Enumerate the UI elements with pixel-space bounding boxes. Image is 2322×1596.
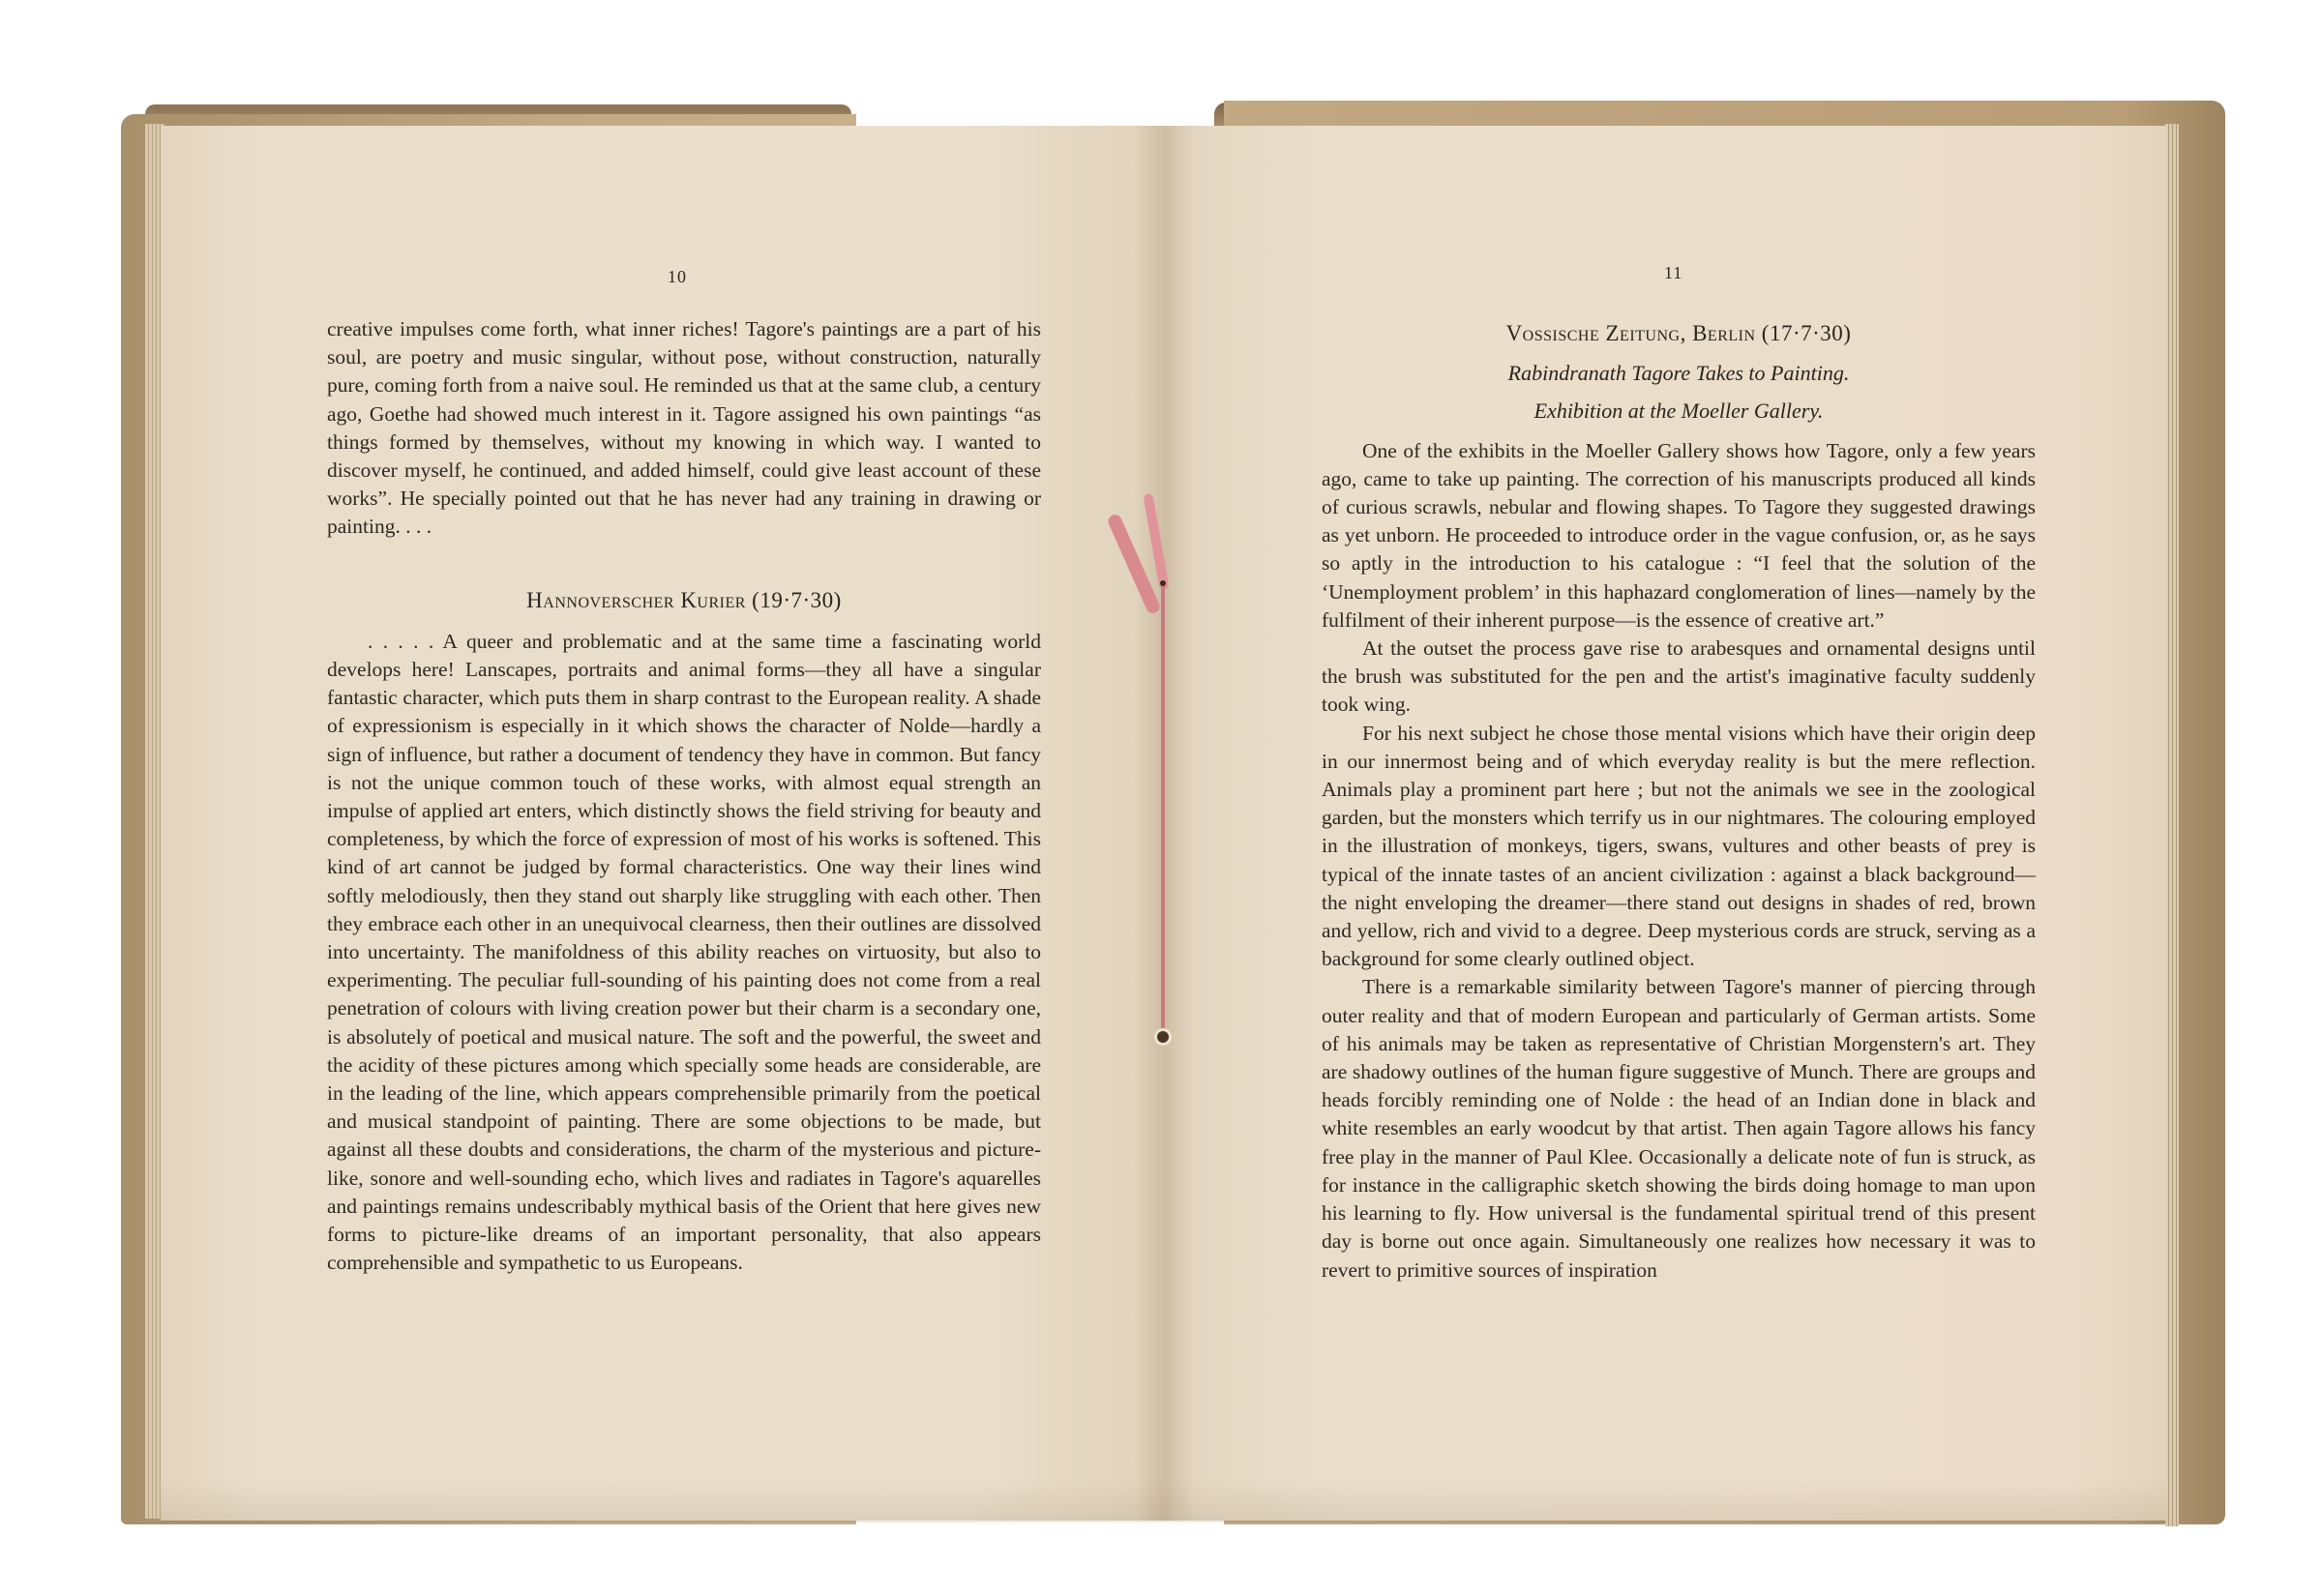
right-page-text-column: Vossische Zeitung, Berlin (17·7·30) Rabi…	[1322, 319, 2036, 1285]
article-paragraph: One of the exhibits in the Moeller Galle…	[1322, 437, 2036, 635]
continuation-paragraph: creative impulses come forth, what inner…	[327, 315, 1041, 542]
article-subtitle-exhibition: Exhibition at the Moeller Gallery.	[1322, 397, 2036, 425]
page-bottom-shade	[161, 1480, 2167, 1522]
right-page-stack-edge	[2165, 124, 2179, 1526]
binding-thread	[1161, 580, 1165, 1035]
binding-hole-bottom	[1157, 1031, 1169, 1043]
section-heading-hannoverscher-kurier: Hannoverscher Kurier (19·7·30)	[327, 586, 1041, 614]
left-page-text-column: creative impulses come forth, what inner…	[327, 315, 1041, 1278]
article-subtitle: Rabindranath Tagore Takes to Painting.	[1322, 359, 2036, 387]
article-paragraph: For his next subject he chose those ment…	[1322, 720, 2036, 974]
left-page-number: 10	[668, 267, 687, 287]
right-page-number: 11	[1664, 263, 1682, 283]
article-paragraph: At the outset the process gave rise to a…	[1322, 635, 2036, 720]
section-heading-vossische-zeitung: Vossische Zeitung, Berlin (17·7·30)	[1322, 319, 2036, 347]
spine-gutter	[1137, 126, 1195, 1521]
binding-hole-top	[1160, 580, 1166, 586]
article-paragraph: There is a remarkable similarity between…	[1322, 973, 2036, 1284]
hannoverscher-kurier-paragraph: . . . . . A queer and problematic and at…	[327, 628, 1041, 1278]
open-book: 10 creative impulses come forth, what in…	[0, 0, 2322, 1596]
